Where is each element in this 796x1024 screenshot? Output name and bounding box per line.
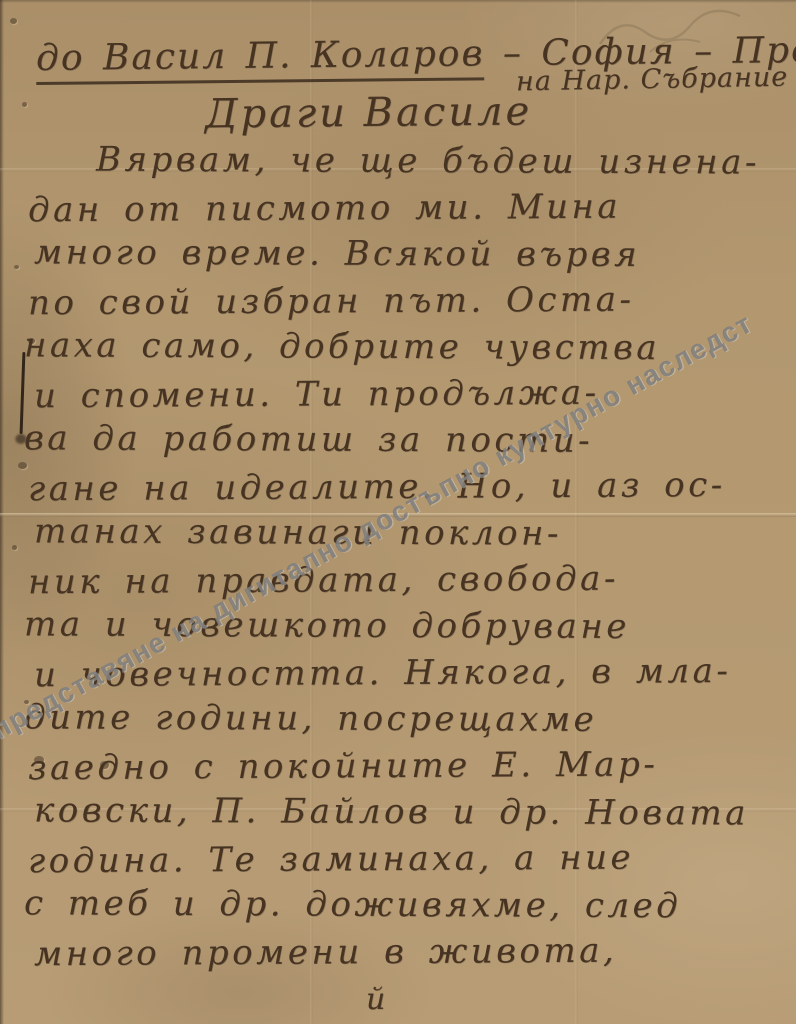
handwritten-line: и спомени. Ти продължа- <box>24 369 788 420</box>
scan-edge-left <box>0 0 4 1024</box>
handwritten-line: наха само, добрите чувства <box>24 323 788 373</box>
scanned-letter-page: до Васил П. Коларов – София – Председ на… <box>0 0 796 1024</box>
paper-speck <box>22 102 27 107</box>
handwritten-line: с теб и др. доживяхме, след <box>24 881 788 931</box>
scan-edge-top <box>0 0 796 3</box>
paper-speck <box>14 265 19 269</box>
handwritten-line: и човечността. Някога, в мла- <box>24 648 788 699</box>
handwritten-line: гане на идеалите. Но, и аз ос- <box>24 462 788 513</box>
header-institution-line: на Нар. Събрание <box>516 62 789 98</box>
addressee-underlined: до Васил П. Коларов <box>36 33 485 85</box>
handwritten-line: година. Те заминаха, а ние <box>24 834 788 885</box>
handwritten-line: дите години, посрещахме <box>24 695 788 745</box>
letter-body: Вярвам, че ще бъдеш изнена-дан от писмот… <box>24 139 788 976</box>
paper-speck <box>12 545 17 550</box>
handwritten-line: ник на правдата, свобода- <box>24 555 788 606</box>
salutation: Драги Василе <box>205 89 533 138</box>
handwritten-line: много промени в живота, <box>24 927 788 978</box>
handwritten-line: ковски, П. Байлов и др. Новата <box>24 788 788 838</box>
handwritten-line: заедно с покойните Е. Мар- <box>24 741 788 792</box>
handwritten-line: дан от писмото ми. Мина <box>24 183 788 234</box>
paper-speck <box>10 18 17 24</box>
handwritten-line: по свой избран път. Оста- <box>24 276 788 327</box>
handwritten-line: ва да работиш за пости- <box>24 416 788 466</box>
handwritten-line: много време. Всякой вървя <box>24 230 788 280</box>
handwritten-line: Вярвам, че ще бъдеш изнена- <box>24 137 788 187</box>
handwritten-line: танах завинаги поклон- <box>24 509 788 559</box>
handwritten-line: та и човешкото добруване <box>24 602 788 652</box>
footer-mark: й <box>366 982 385 1017</box>
